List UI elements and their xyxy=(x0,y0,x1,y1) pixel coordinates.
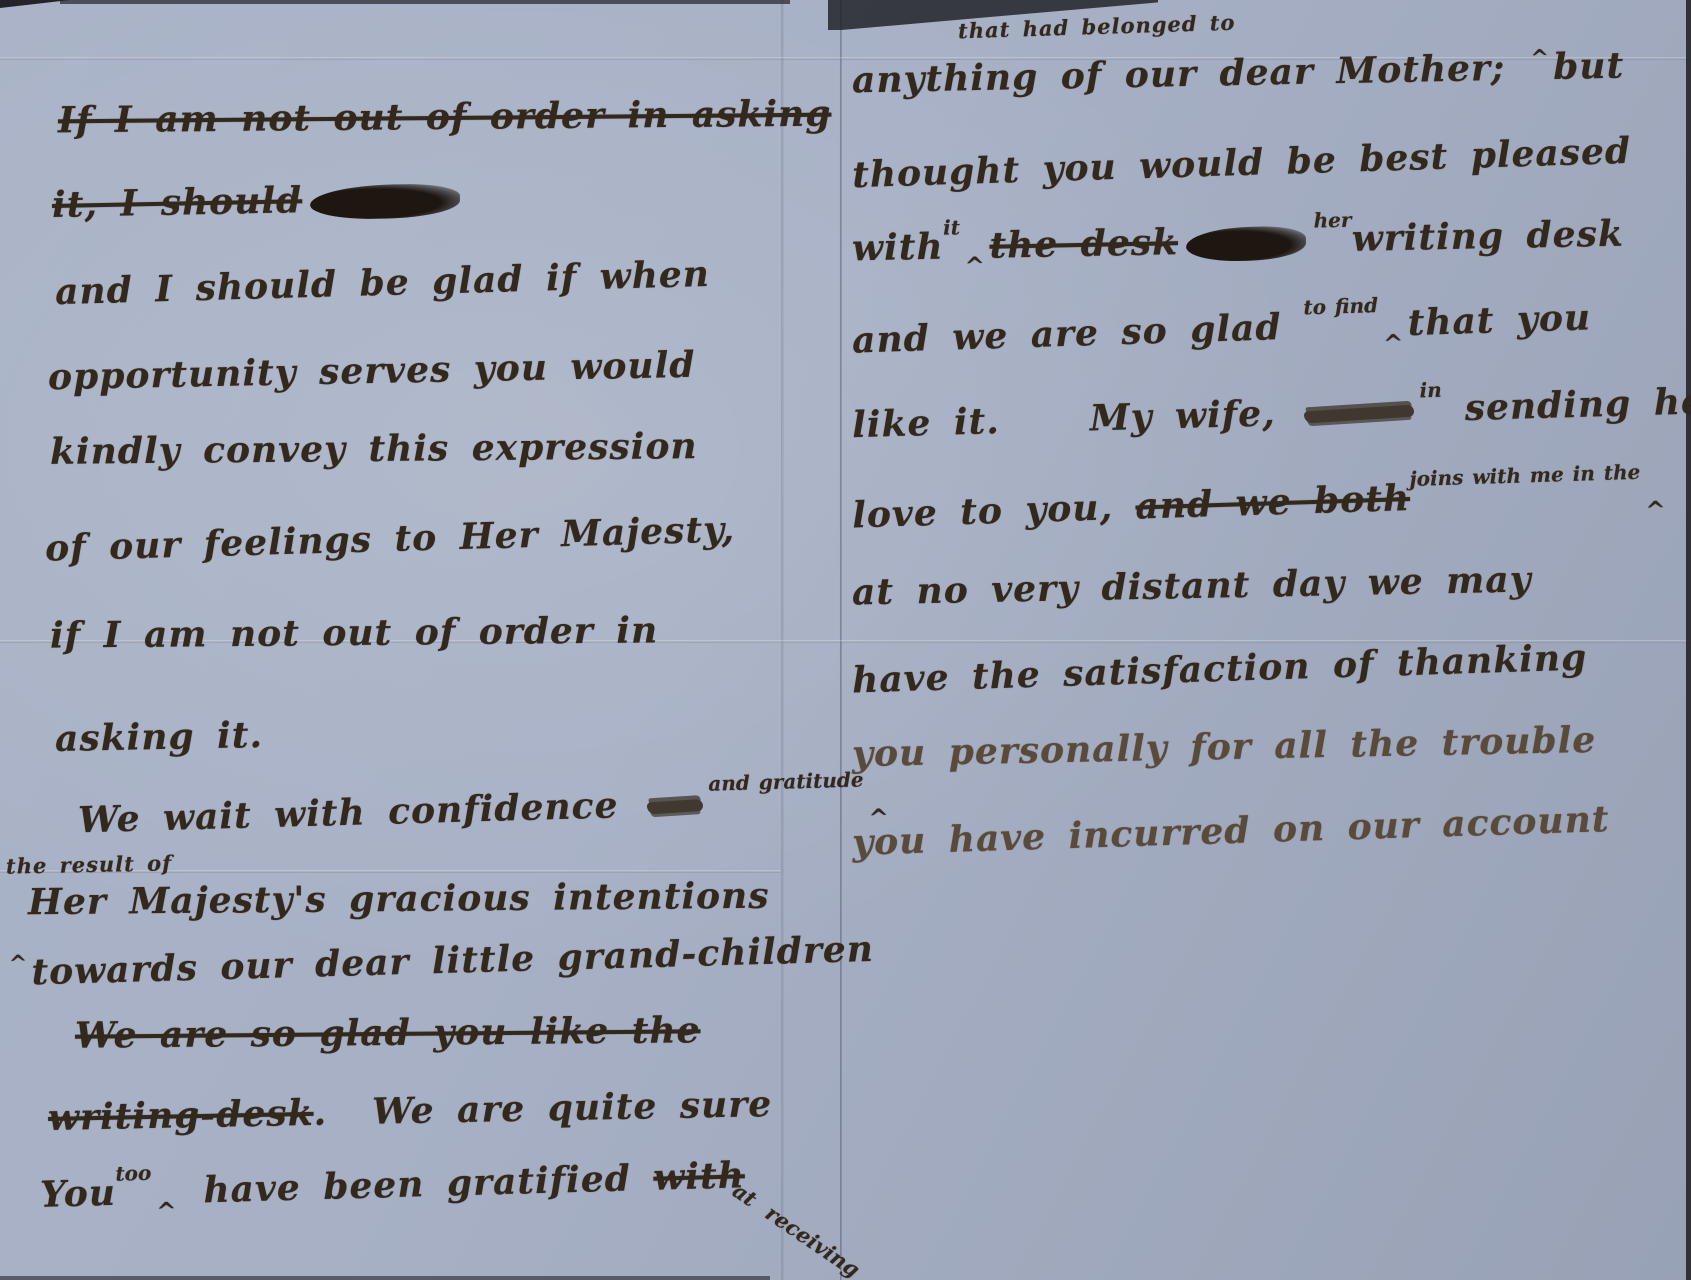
text-segment: and we are so glad xyxy=(852,305,1305,361)
text-segment: hope that xyxy=(1669,461,1691,510)
text-segment: joins with me in the xyxy=(1409,460,1641,491)
ink-blot-icon xyxy=(310,183,461,220)
scribbled-out-word xyxy=(647,799,704,814)
text-segment: love to you, xyxy=(852,486,1137,537)
scribbled-out-word xyxy=(1304,405,1415,424)
text-segment: the result of xyxy=(6,850,173,878)
text-segment: but xyxy=(1553,45,1625,88)
text-segment: writing desk xyxy=(1351,213,1624,260)
handwritten-line: like it. My wife, in sending her xyxy=(852,380,1691,446)
text-segment: that you xyxy=(1407,296,1592,344)
text-segment: with xyxy=(852,226,944,270)
insertion-caret-mark: ^ xyxy=(9,951,29,978)
handwritten-line: withit^the deskherwriting desk xyxy=(852,213,1625,270)
handwritten-line: writing-desk. We are quite sure xyxy=(48,1083,773,1139)
handwritten-line: you personally for all the trouble xyxy=(852,719,1597,775)
handwritten-line: you have incurred on our account xyxy=(852,798,1610,864)
text-segment: her xyxy=(1313,208,1351,233)
handwritten-line: love to you, and we bothjoins with me in… xyxy=(852,461,1691,536)
handwritten-line: Youtoo^ have been gratified withat recei… xyxy=(40,1150,894,1216)
text-segment: and I should be glad if when xyxy=(55,253,711,313)
insertion-caret-mark: ^ xyxy=(156,1196,178,1226)
insertion-caret-mark: ^ xyxy=(1530,45,1550,71)
text-segment: in xyxy=(1419,378,1442,403)
text-segment: asking it. xyxy=(55,714,264,760)
text-segment: at no very distant day we may xyxy=(852,558,1532,613)
handwritten-line: the result of xyxy=(6,850,173,878)
insertion-caret-mark: ^ xyxy=(964,251,986,280)
text-segment: We are so glad you like the xyxy=(75,1009,701,1056)
text-segment: have been gratified xyxy=(180,1157,654,1212)
letter-page-left: If I am not out of order in askingit, I … xyxy=(0,0,781,1280)
text-segment: you have incurred on our account xyxy=(852,798,1610,864)
text-segment: towards our dear little grand-children xyxy=(31,928,874,994)
text-segment: if I am not out of order in xyxy=(50,609,658,656)
handwritten-line: and we are so glad to find^that you xyxy=(852,296,1592,361)
insertion-caret-mark: ^ xyxy=(1383,328,1405,358)
text-segment: We wait with confidence xyxy=(78,784,642,842)
text-segment: it, I should xyxy=(52,179,303,226)
ink-blot-icon xyxy=(1186,226,1307,262)
handwritten-line: ^towards our dear little grand-children xyxy=(6,928,875,994)
handwritten-line: kindly convey this expression xyxy=(50,425,698,473)
letter-scan: If I am not out of order in askingit, I … xyxy=(0,0,1691,1280)
handwritten-line: anything of our dear Mother; ^but xyxy=(852,45,1625,102)
handwritten-line: that had belonged to xyxy=(958,10,1236,44)
handwritten-line: We are so glad you like the xyxy=(75,1009,701,1056)
handwritten-line: Her Majesty's gracious intentions xyxy=(28,875,770,923)
handwritten-line: thought you would be best pleased xyxy=(852,130,1632,196)
text-segment: too xyxy=(115,1161,152,1186)
text-segment: You xyxy=(40,1172,117,1216)
handwritten-line: We wait with confidence and gratitude^ xyxy=(78,777,894,842)
insertion-caret-mark: ^ xyxy=(1645,495,1667,525)
handwritten-line: have the satisfaction of thanking xyxy=(852,636,1588,701)
text-segment: sending her xyxy=(1442,380,1691,430)
handwritten-line: asking it. xyxy=(55,714,264,760)
handwritten-line: of our feelings to Her Majesty, xyxy=(45,508,736,569)
text-segment: you personally for all the trouble xyxy=(852,719,1597,775)
handwritten-line: at no very distant day we may xyxy=(852,558,1532,613)
handwritten-line: If I am not out of order in asking xyxy=(58,93,832,142)
handwritten-line: opportunity serves you would xyxy=(48,344,696,398)
text-segment: have the satisfaction of thanking xyxy=(852,636,1588,701)
text-segment: like it. My wife, xyxy=(852,392,1299,446)
text-segment: opportunity serves you would xyxy=(48,344,696,398)
text-segment: the desk xyxy=(989,221,1178,267)
text-segment: to find xyxy=(1303,293,1378,319)
text-segment: of our feelings to Her Majesty, xyxy=(45,508,736,569)
text-segment: writing-desk xyxy=(48,1092,314,1139)
text-segment: and we both xyxy=(1135,477,1411,528)
handwritten-line: if I am not out of order in xyxy=(50,609,658,656)
text-segment: that had belonged to xyxy=(958,10,1236,44)
letter-page-right: that had belonged toanything of our dear… xyxy=(840,0,1691,1280)
text-segment: anything of our dear Mother; xyxy=(852,46,1528,101)
text-segment: thought you would be best pleased xyxy=(852,130,1632,196)
text-segment: Her Majesty's gracious intentions xyxy=(28,875,770,923)
text-segment: If I am not out of order in asking xyxy=(58,93,832,142)
handwritten-line: and I should be glad if when xyxy=(55,253,711,313)
text-segment: it xyxy=(943,215,960,239)
handwritten-line: it, I should xyxy=(52,176,469,226)
text-segment: kindly convey this expression xyxy=(50,425,698,473)
text-segment: . We are quite sure xyxy=(313,1083,772,1134)
